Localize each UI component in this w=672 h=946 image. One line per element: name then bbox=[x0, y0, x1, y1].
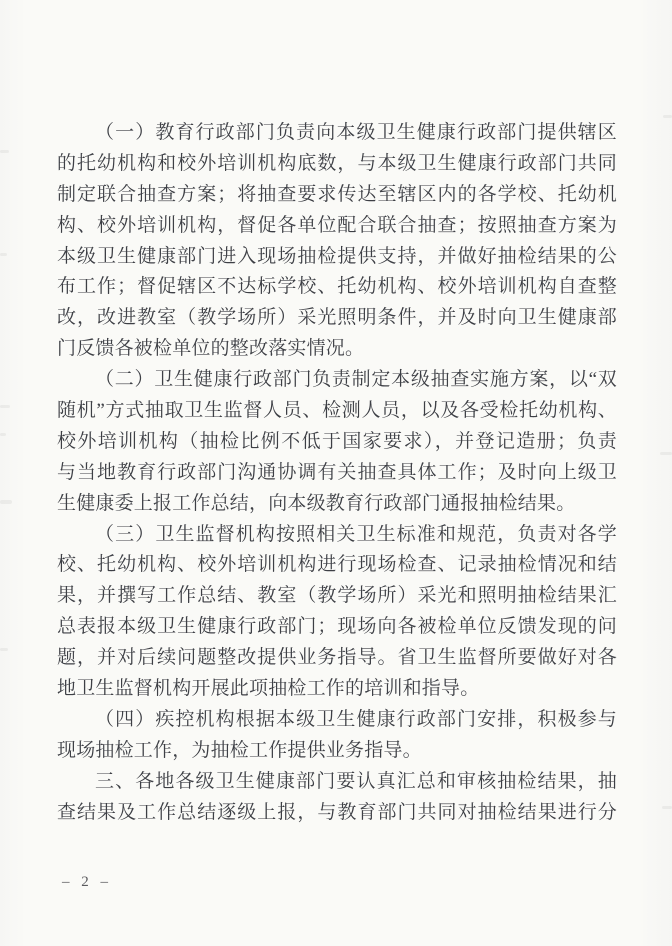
paragraph-section-3: 三、各地各级卫生健康部门要认真汇总和审核抽检结果，抽 查结果及工作总结逐级上报，… bbox=[57, 767, 617, 829]
text-line: 改，改进教室（教学场所）采光照明条件，并及时向卫生健康部 bbox=[57, 303, 617, 334]
text-line: 与当地教育行政部门沟通协调有关抽查具体工作；及时向上级卫 bbox=[57, 458, 617, 489]
text-line: 题，并对后续问题整改提供业务指导。省卫生监督所要做好对各 bbox=[57, 643, 617, 674]
text-line: 的托幼机构和校外培训机构底数，与本级卫生健康行政部门共同 bbox=[57, 149, 617, 180]
text-line: 随机”方式抽取卫生监督人员、检测人员，以及各受检托幼机构、 bbox=[57, 396, 617, 427]
scanned-document-page: （一）教育行政部门负责向本级卫生健康行政部门提供辖区 的托幼机构和校外培训机构底… bbox=[0, 0, 672, 946]
text-line: （四）疾控机构根据本级卫生健康行政部门安排，积极参与 bbox=[57, 705, 617, 736]
text-line: 三、各地各级卫生健康部门要认真汇总和审核抽检结果，抽 bbox=[57, 767, 617, 798]
text-line: 本级卫生健康部门进入现场抽检提供支持，并做好抽检结果的公 bbox=[57, 242, 617, 273]
text-line: 现场抽检工作，为抽检工作提供业务指导。 bbox=[57, 736, 617, 767]
scan-artifact bbox=[0, 150, 9, 153]
text-line: （二）卫生健康行政部门负责制定本级抽查实施方案，以“双 bbox=[57, 365, 617, 396]
document-body: （一）教育行政部门负责向本级卫生健康行政部门提供辖区 的托幼机构和校外培训机构底… bbox=[57, 118, 617, 828]
text-line: 校外培训机构（抽检比例不低于国家要求），并登记造册；负责 bbox=[57, 427, 617, 458]
scan-artifact bbox=[662, 806, 672, 809]
text-line: 校、托幼机构、校外培训机构进行现场检查、记录抽检情况和结 bbox=[57, 550, 617, 581]
scan-artifact bbox=[0, 648, 8, 651]
paragraph-item-4: （四）疾控机构根据本级卫生健康行政部门安排，积极参与 现场抽检工作，为抽检工作提… bbox=[57, 705, 617, 767]
text-line: 构、校外培训机构，督促各单位配合联合抽查；按照抽查方案为 bbox=[57, 211, 617, 242]
text-line: 地卫生监督机构开展此项抽检工作的培训和指导。 bbox=[57, 674, 617, 705]
paragraph-item-1: （一）教育行政部门负责向本级卫生健康行政部门提供辖区 的托幼机构和校外培训机构底… bbox=[57, 118, 617, 365]
text-line: 门反馈各被检单位的整改落实情况。 bbox=[57, 334, 617, 365]
scan-artifact bbox=[0, 253, 7, 256]
paragraph-item-3: （三）卫生监督机构按照相关卫生标准和规范，负责对各学 校、托幼机构、校外培训机构… bbox=[57, 520, 617, 705]
paragraph-item-2: （二）卫生健康行政部门负责制定本级抽查实施方案，以“双 随机”方式抽取卫生监督人… bbox=[57, 365, 617, 519]
scan-artifact bbox=[660, 452, 672, 455]
text-line: 查结果及工作总结逐级上报，与教育部门共同对抽检结果进行分 bbox=[57, 798, 617, 829]
scan-artifact bbox=[0, 405, 10, 408]
scan-artifact bbox=[0, 500, 12, 504]
text-line: 果，并撰写工作总结、教室（教学场所）采光和照明抽检结果汇 bbox=[57, 581, 617, 612]
scan-artifact bbox=[0, 433, 6, 436]
scan-artifact bbox=[663, 115, 672, 118]
text-line: 生健康委上报工作总结，向本级教育行政部门通报抽检结果。 bbox=[57, 489, 617, 520]
text-line: 制定联合抽查方案；将抽查要求传达至辖区内的各学校、托幼机 bbox=[57, 180, 617, 211]
text-line: 布工作；督促辖区不达标学校、托幼机构、校外培训机构自查整 bbox=[57, 272, 617, 303]
text-line: （三）卫生监督机构按照相关卫生标准和规范，负责对各学 bbox=[57, 520, 617, 551]
text-line: （一）教育行政部门负责向本级卫生健康行政部门提供辖区 bbox=[57, 118, 617, 149]
page-number: – 2 – bbox=[62, 874, 112, 891]
text-line: 总表报本级卫生健康行政部门；现场向各被检单位反馈发现的问 bbox=[57, 612, 617, 643]
